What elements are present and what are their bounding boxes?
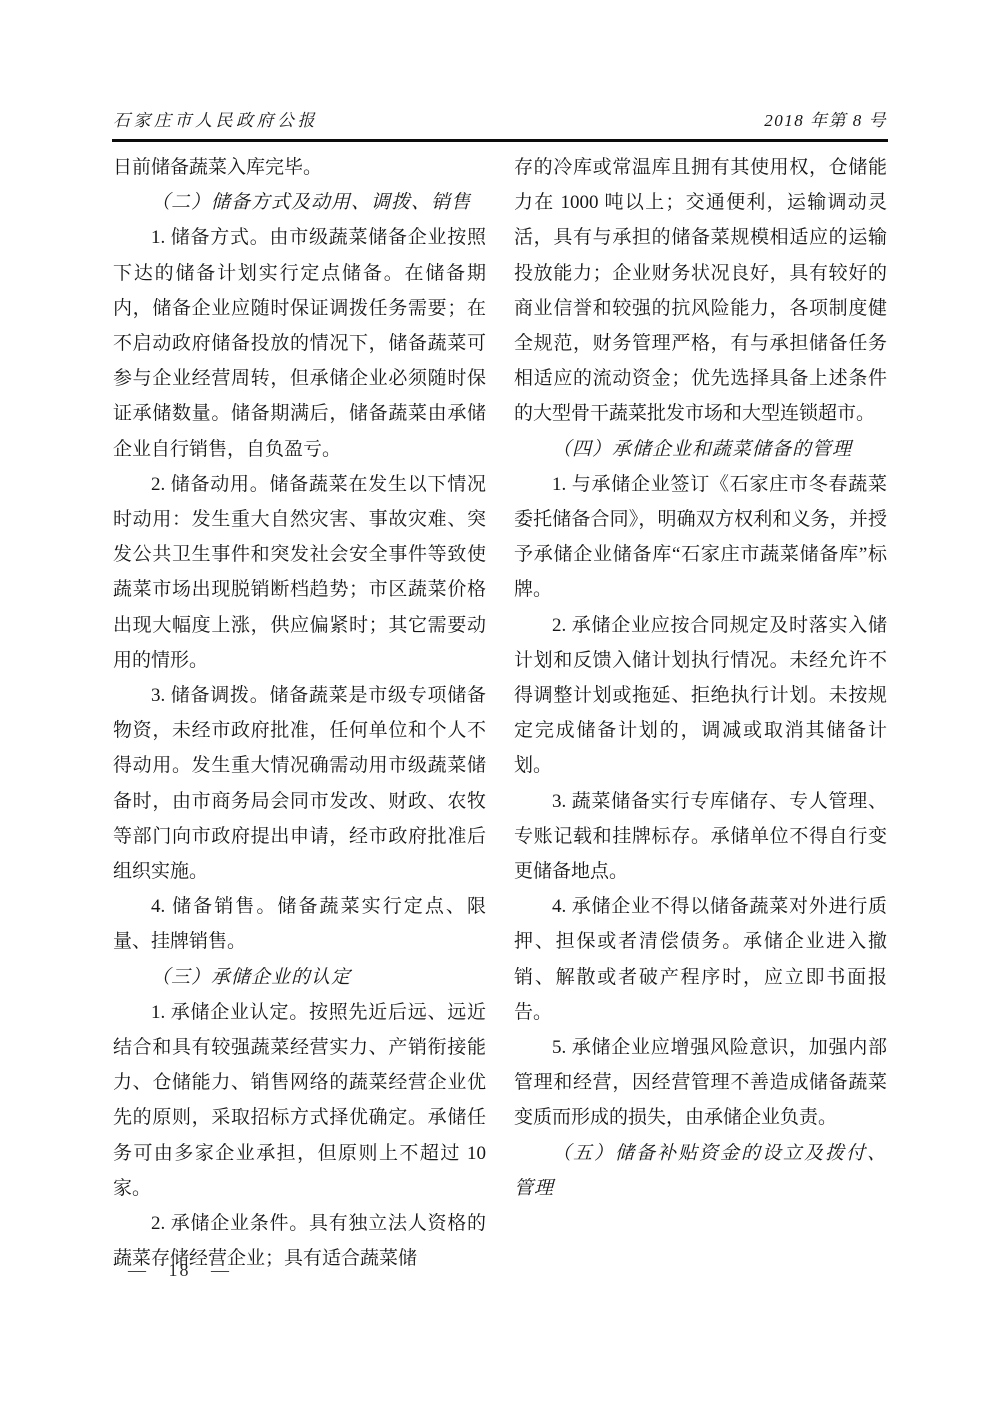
page-body: 日前储备蔬菜入库完毕。（二）储备方式及动用、调拨、销售1. 储备方式。由市级蔬菜… — [113, 150, 887, 1277]
journal-title: 石家庄市人民政府公报 — [113, 106, 318, 131]
body-paragraph: 2. 承储企业应按合同规定及时落实入储计划和反馈入储计划执行情况。未经允许不得调… — [514, 608, 887, 784]
body-paragraph: 3. 蔬菜储备实行专库储存、专人管理、专账记载和挂牌标存。承储单位不得自行变更储… — [514, 784, 887, 890]
body-paragraph: 存的冷库或常温库且拥有其使用权，仓储能力在 1000 吨以上；交通便利，运输调动… — [514, 150, 887, 432]
column-left: 日前储备蔬菜入库完毕。（二）储备方式及动用、调拨、销售1. 储备方式。由市级蔬菜… — [113, 150, 486, 1277]
body-paragraph: 4. 储备销售。储备蔬菜实行定点、限量、挂牌销售。 — [113, 889, 486, 959]
body-paragraph: 5. 承储企业应增强风险意识，加强内部管理和经营，因经营管理不善造成储备蔬菜变质… — [514, 1030, 887, 1136]
body-paragraph: 1. 承储企业认定。按照先近后远、远近结合和具有较强蔬菜经营实力、产销衔接能力、… — [113, 995, 486, 1206]
gazette-page: 石家庄市人民政府公报 2018 年第 8 号 日前储备蔬菜入库完毕。（二）储备方… — [0, 0, 1000, 1414]
header-divider — [112, 139, 888, 142]
body-paragraph: 3. 储备调拨。储备蔬菜是市级专项储备物资，未经市政府批准，任何单位和个人不得动… — [113, 678, 486, 889]
issue-number: 2018 年第 8 号 — [764, 106, 887, 131]
body-paragraph: 1. 与承储企业签订《石家庄市冬春蔬菜委托储备合同》，明确双方权利和义务，并授予… — [514, 467, 887, 608]
section-heading: （五）储备补贴资金的设立及拨付、管理 — [514, 1136, 887, 1206]
body-paragraph: 2. 储备动用。储备蔬菜在发生以下情况时动用：发生重大自然灾害、事故灾难、突发公… — [113, 467, 486, 678]
page-number: — 18 — — [128, 1260, 231, 1281]
body-paragraph: 日前储备蔬菜入库完毕。 — [113, 150, 486, 185]
section-heading: （四）承储企业和蔬菜储备的管理 — [514, 432, 887, 467]
section-heading: （三）承储企业的认定 — [113, 960, 486, 995]
section-heading: （二）储备方式及动用、调拨、销售 — [113, 185, 486, 220]
body-paragraph: 4. 承储企业不得以储备蔬菜对外进行质押、担保或者清偿债务。承储企业进入撤销、解… — [514, 889, 887, 1030]
column-right: 存的冷库或常温库且拥有其使用权，仓储能力在 1000 吨以上；交通便利，运输调动… — [514, 150, 887, 1277]
body-paragraph: 1. 储备方式。由市级蔬菜储备企业按照下达的储备计划实行定点储备。在储备期内，储… — [113, 220, 486, 466]
running-header: 石家庄市人民政府公报 2018 年第 8 号 — [113, 106, 887, 131]
